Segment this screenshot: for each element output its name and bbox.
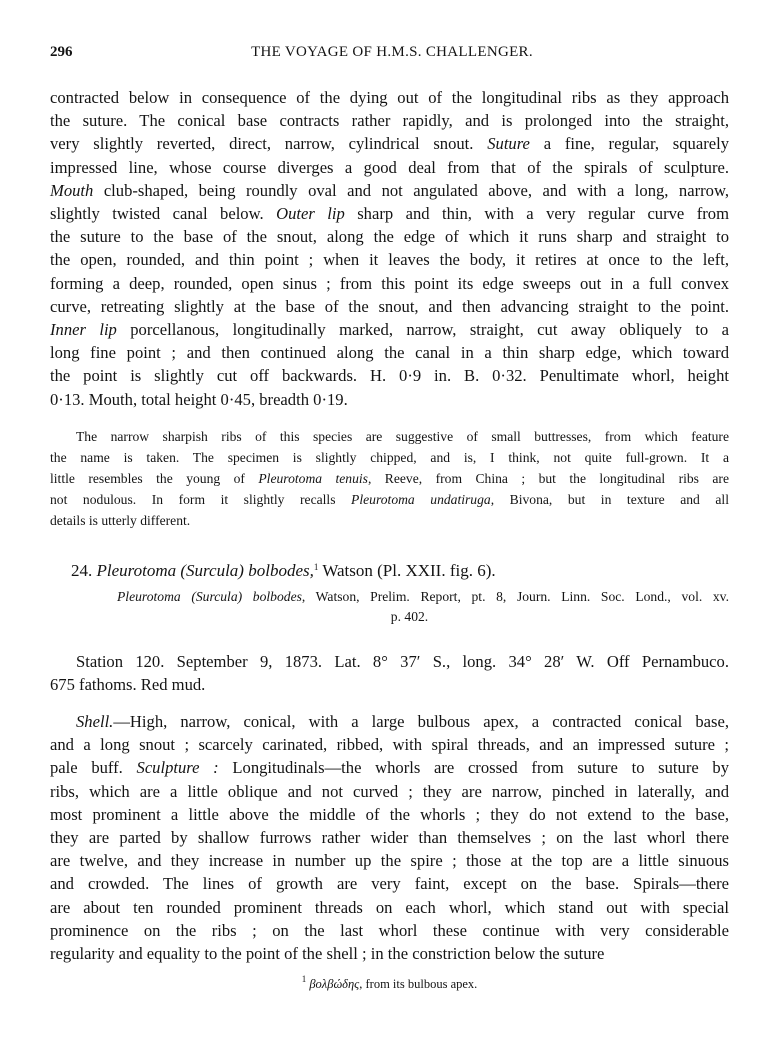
text-line: they are parted by shallow furrows rathe… [50, 826, 729, 849]
text-line: Mouth club-shaped, being roundly oval an… [50, 179, 729, 202]
species-heading: 24. Pleurotoma (Surcula) bolbodes,1 Wats… [50, 561, 729, 627]
footnote: 1 βολβώδης, from its bulbous apex. [50, 974, 729, 992]
species-genus: Pleurotoma [97, 561, 177, 580]
species-number: 24. [71, 561, 92, 580]
description-continued: contracted below in consequence of the d… [50, 86, 729, 411]
synonym-page: p. 402. [50, 607, 729, 627]
text-line: impressed line, whose course diverges a … [50, 156, 729, 179]
footnote-text: , from its bulbous apex. [359, 977, 477, 991]
text-line: the suture to the base of the snout, alo… [50, 225, 729, 248]
text-line: 0·13. Mouth, total height 0·45, breadth … [50, 388, 729, 411]
text-line: most prominent a little above the middle… [50, 803, 729, 826]
text-line: pale buff. Sculpture : Longitudinals—the… [50, 756, 729, 779]
synonym-reference: Pleurotoma (Surcula) bolbodes, Watson, P… [50, 587, 729, 607]
text-line: are twelve, and they increase in number … [50, 849, 729, 872]
text-line: Station 120. September 9, 1873. Lat. 8° … [50, 650, 729, 673]
text-line: ribs, which are a little oblique and not… [50, 780, 729, 803]
page-header: 296 THE VOYAGE OF H.M.S. CHALLENGER. [50, 44, 734, 64]
text-line: little resembles the young of Pleurotoma… [50, 468, 729, 489]
text-line: and a long snout ; scarcely carinated, r… [50, 733, 729, 756]
text-line: prominence on the ribs ; on the last who… [50, 919, 729, 942]
text-line: The narrow sharpish ribs of this species… [50, 426, 729, 447]
species-subgenus: (Surcula) [180, 561, 244, 580]
text-line: regularity and equality to the point of … [50, 942, 729, 965]
species-author-plate: Watson (Pl. XXII. fig. 6). [322, 561, 495, 580]
text-line: forming a deep, rounded, open sinus ; fr… [50, 272, 729, 295]
shell-description: Shell.—High, narrow, conical, with a lar… [50, 710, 729, 965]
text-line: contracted below in consequence of the d… [50, 86, 729, 109]
paragraph-lines: contracted below in consequence of the d… [50, 86, 729, 411]
synonym-citation: , Watson, Prelim. Report, pt. 8, Journ. … [302, 589, 729, 604]
text-line: the point is slightly cut off backwards.… [50, 364, 729, 387]
footnote-marker: 1 [302, 974, 307, 984]
remarks-paragraph: The narrow sharpish ribs of this species… [50, 426, 729, 531]
text-line: the suture. The conical base contracts r… [50, 109, 729, 132]
text-line: very slightly reverted, direct, narrow, … [50, 132, 729, 155]
text-line: Inner lip porcellanous, longitudinally m… [50, 318, 729, 341]
running-title: THE VOYAGE OF H.M.S. CHALLENGER. [50, 44, 734, 61]
station-info: Station 120. September 9, 1873. Lat. 8° … [50, 650, 729, 696]
text-line: are about ten rounded prominent threads … [50, 896, 729, 919]
synonym-name: Pleurotoma (Surcula) bolbodes [117, 589, 302, 604]
text-line: the open, rounded, and thin point ; when… [50, 248, 729, 271]
text-line: long fine point ; and then continued alo… [50, 341, 729, 364]
text-line: not nodulous. In form it slightly recall… [50, 489, 729, 510]
text-line: the name is taken. The specimen is sligh… [50, 447, 729, 468]
species-title: 24. Pleurotoma (Surcula) bolbodes,1 Wats… [50, 561, 729, 581]
text-line: 675 fathoms. Red mud. [50, 673, 729, 696]
document-page: 296 THE VOYAGE OF H.M.S. CHALLENGER. con… [0, 0, 776, 1050]
footnote-greek-word: βολβώδης [309, 977, 359, 991]
text-line: curve, retreating slightly at the base o… [50, 295, 729, 318]
text-line: and crowded. The lines of growth are ver… [50, 872, 729, 895]
text-line: details is utterly different. [50, 510, 729, 531]
paragraph-lines: Station 120. September 9, 1873. Lat. 8° … [50, 650, 729, 696]
species-epithet: bolbodes, [248, 561, 314, 580]
text-line: slightly twisted canal below. Outer lip … [50, 202, 729, 225]
paragraph-lines: The narrow sharpish ribs of this species… [50, 426, 729, 531]
text-line: Shell.—High, narrow, conical, with a lar… [50, 710, 729, 733]
footnote-reference: 1 [314, 562, 319, 572]
paragraph-lines: Shell.—High, narrow, conical, with a lar… [50, 710, 729, 965]
